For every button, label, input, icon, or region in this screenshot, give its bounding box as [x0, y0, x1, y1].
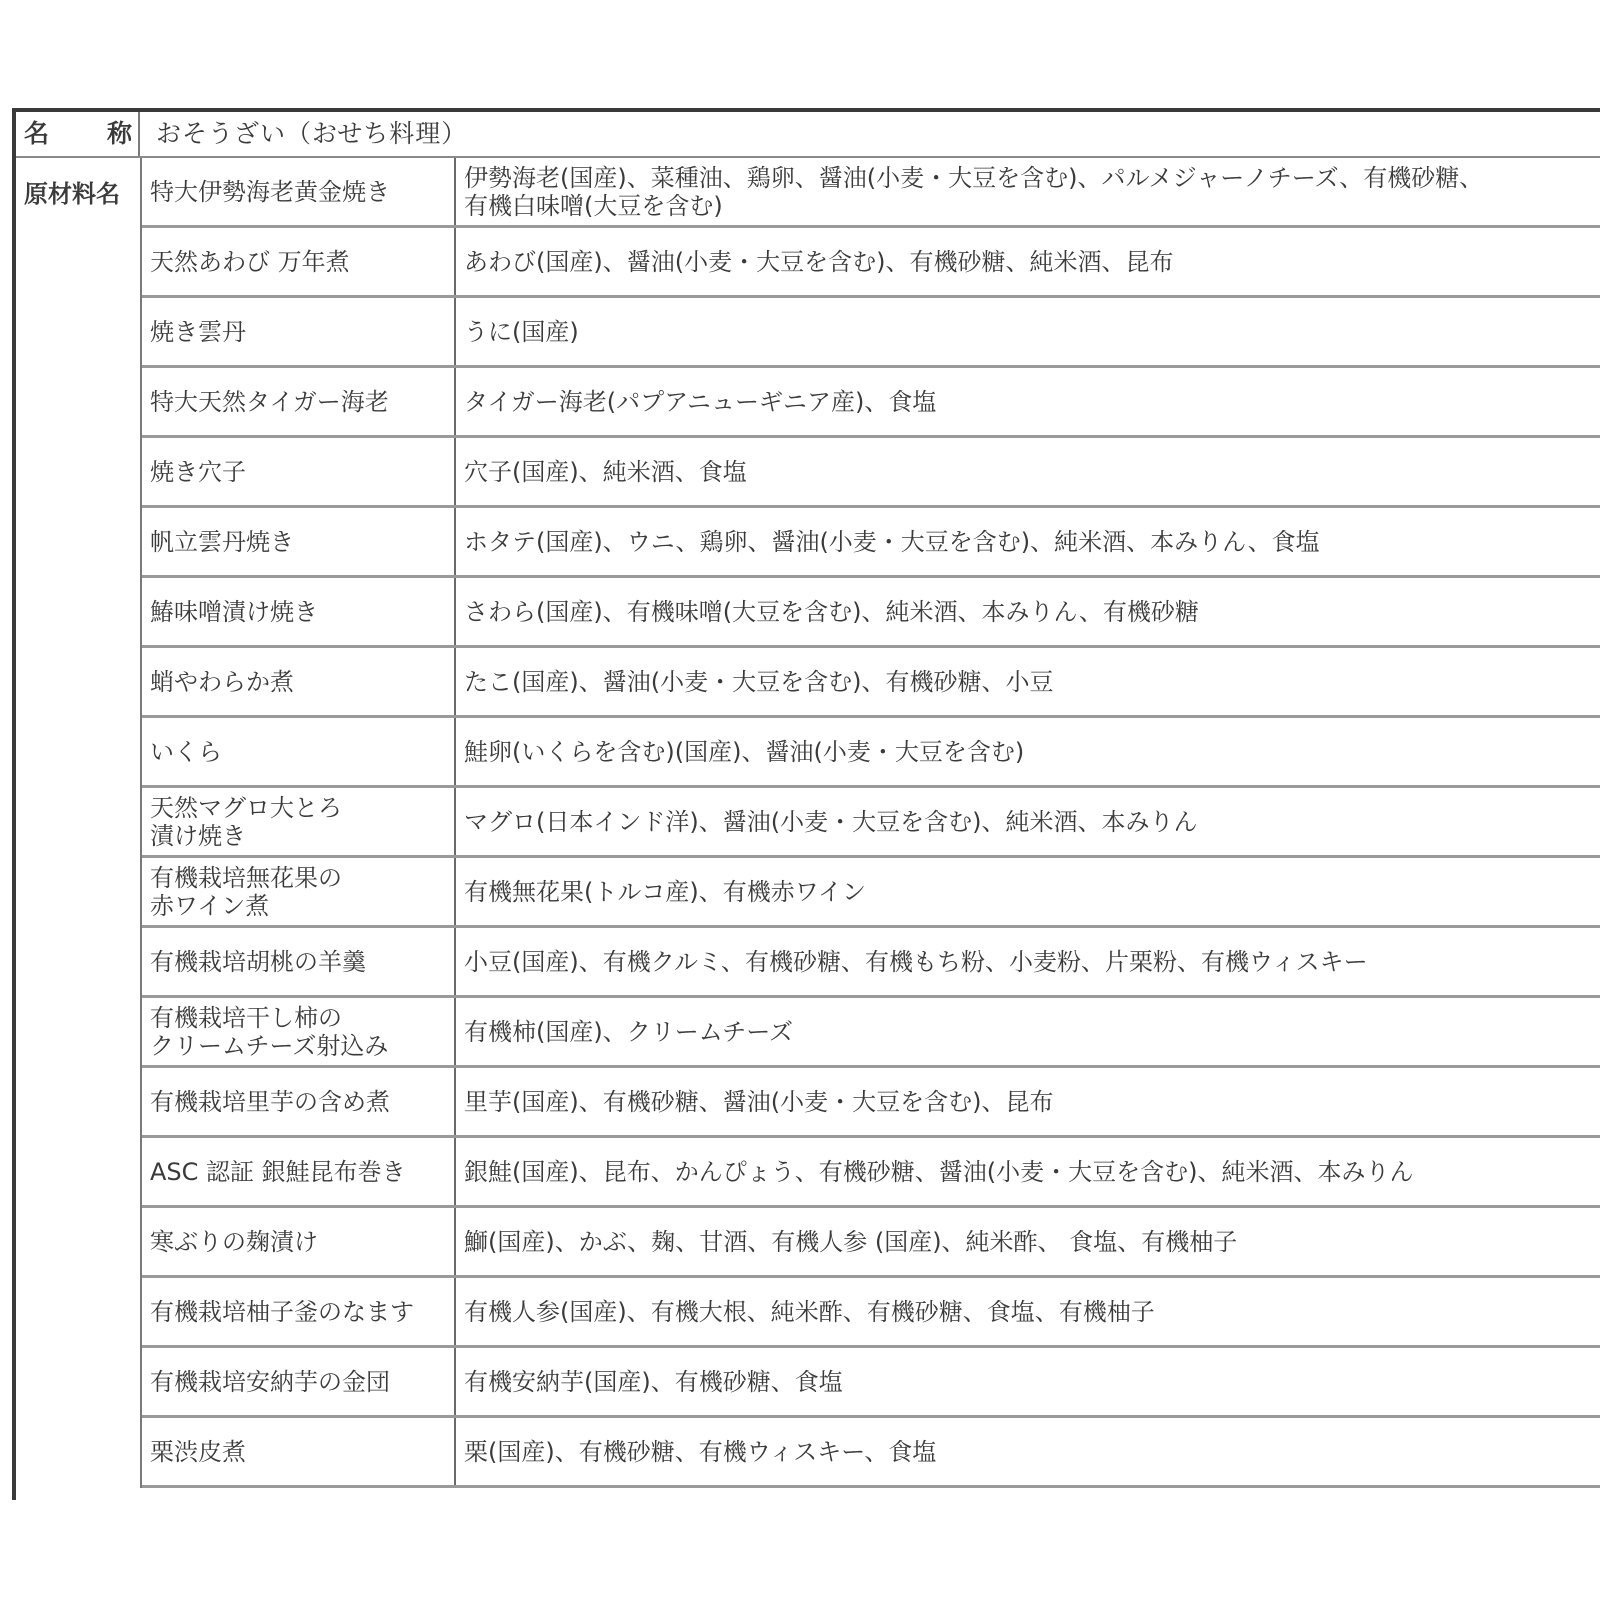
dish-name-cell: 栗渋皮煮 — [142, 1418, 456, 1485]
table-row: 有機栽培干し柿の クリームチーズ射込み有機柿(国産)、クリームチーズ — [142, 998, 1600, 1068]
ingredients-cell: ホタテ(国産)、ウニ、鶏卵、醤油(小麦・大豆を含む)、純米酒、本みりん、食塩 — [456, 508, 1600, 575]
ingredients-cell: 有機無花果(トルコ産)、有機赤ワイン — [456, 858, 1600, 925]
dish-name-cell: 鰆味噌漬け焼き — [142, 578, 456, 645]
ingredients-cell: 里芋(国産)、有機砂糖、醤油(小麦・大豆を含む)、昆布 — [456, 1068, 1600, 1135]
table-row: 帆立雲丹焼きホタテ(国産)、ウニ、鶏卵、醤油(小麦・大豆を含む)、純米酒、本みり… — [142, 508, 1600, 578]
dish-name-cell: 特大伊勢海老黄金焼き — [142, 158, 456, 225]
ingredients-cell: さわら(国産)、有機味噌(大豆を含む)、純米酒、本みりん、有機砂糖 — [456, 578, 1600, 645]
dish-name-cell: 焼き雲丹 — [142, 298, 456, 365]
dish-name-cell: いくら — [142, 718, 456, 785]
table-row: ASC 認証 銀鮭昆布巻き銀鮭(国産)、昆布、かんぴょう、有機砂糖、醤油(小麦・… — [142, 1138, 1600, 1208]
ingredients-table: 特大伊勢海老黄金焼き伊勢海老(国産)、菜種油、鶏卵、醤油(小麦・大豆を含む)、パ… — [140, 158, 1600, 1488]
dish-name-cell: 有機栽培里芋の含め煮 — [142, 1068, 456, 1135]
table-row: いくら鮭卵(いくらを含む)(国産)、醤油(小麦・大豆を含む) — [142, 718, 1600, 788]
ingredients-cell: うに(国産) — [456, 298, 1600, 365]
table-row: 寒ぶりの麹漬け鰤(国産)、かぶ、麹、甘酒、有機人参 (国産)、純米酢、 食塩、有… — [142, 1208, 1600, 1278]
ingredients-cell: 有機柿(国産)、クリームチーズ — [456, 998, 1600, 1065]
table-row: 焼き雲丹うに(国産) — [142, 298, 1600, 368]
table-row: 蛸やわらか煮たこ(国産)、醤油(小麦・大豆を含む)、有機砂糖、小豆 — [142, 648, 1600, 718]
dish-name-cell: 蛸やわらか煮 — [142, 648, 456, 715]
ingredients-cell: たこ(国産)、醤油(小麦・大豆を含む)、有機砂糖、小豆 — [456, 648, 1600, 715]
dish-name-cell: 焼き穴子 — [142, 438, 456, 505]
food-label-table: 名 称 おそうざい（おせち料理） 原材料名 特大伊勢海老黄金焼き伊勢海老(国産)… — [12, 108, 1600, 1500]
ingredients-cell: タイガー海老(パプアニューギニア産)、食塩 — [456, 368, 1600, 435]
dish-name-cell: 有機栽培柚子釜のなます — [142, 1278, 456, 1345]
table-row: 有機栽培柚子釜のなます有機人参(国産)、有機大根、純米酢、有機砂糖、食塩、有機柚… — [142, 1278, 1600, 1348]
table-row: 特大伊勢海老黄金焼き伊勢海老(国産)、菜種油、鶏卵、醤油(小麦・大豆を含む)、パ… — [142, 158, 1600, 228]
ingredients-cell: 鰤(国産)、かぶ、麹、甘酒、有機人参 (国産)、純米酢、 食塩、有機柚子 — [456, 1208, 1600, 1275]
dish-name-cell: 有機栽培無花果の 赤ワイン煮 — [142, 858, 456, 925]
table-row: 特大天然タイガー海老タイガー海老(パプアニューギニア産)、食塩 — [142, 368, 1600, 438]
dish-name-cell: 有機栽培胡桃の羊羹 — [142, 928, 456, 995]
table-row: 焼き穴子穴子(国産)、純米酒、食塩 — [142, 438, 1600, 508]
dish-name-cell: 天然あわび 万年煮 — [142, 228, 456, 295]
ingredients-cell: 有機人参(国産)、有機大根、純米酢、有機砂糖、食塩、有機柚子 — [456, 1278, 1600, 1345]
ingredients-cell: 銀鮭(国産)、昆布、かんぴょう、有機砂糖、醤油(小麦・大豆を含む)、純米酒、本み… — [456, 1138, 1600, 1205]
ingredients-cell: 有機安納芋(国産)、有機砂糖、食塩 — [456, 1348, 1600, 1415]
dish-name-cell: 天然マグロ大とろ 漬け焼き — [142, 788, 456, 855]
dish-name-cell: 特大天然タイガー海老 — [142, 368, 456, 435]
ingredients-cell: 栗(国産)、有機砂糖、有機ウィスキー、食塩 — [456, 1418, 1600, 1485]
table-row: 天然あわび 万年煮あわび(国産)、醤油(小麦・大豆を含む)、有機砂糖、純米酒、昆… — [142, 228, 1600, 298]
product-name-heading: 名 称 — [16, 112, 140, 156]
table-row: 栗渋皮煮栗(国産)、有機砂糖、有機ウィスキー、食塩 — [142, 1418, 1600, 1488]
dish-name-cell: 寒ぶりの麹漬け — [142, 1208, 456, 1275]
ingredients-cell: 穴子(国産)、純米酒、食塩 — [456, 438, 1600, 505]
ingredients-cell: 小豆(国産)、有機クルミ、有機砂糖、有機もち粉、小麦粉、片栗粉、有機ウィスキー — [456, 928, 1600, 995]
table-row: 有機栽培胡桃の羊羹小豆(国産)、有機クルミ、有機砂糖、有機もち粉、小麦粉、片栗粉… — [142, 928, 1600, 998]
table-row: 鰆味噌漬け焼きさわら(国産)、有機味噌(大豆を含む)、純米酒、本みりん、有機砂糖 — [142, 578, 1600, 648]
table-row: 有機栽培無花果の 赤ワイン煮有機無花果(トルコ産)、有機赤ワイン — [142, 858, 1600, 928]
product-name-value: おそうざい（おせち料理） — [156, 112, 467, 156]
dish-name-cell: 有機栽培安納芋の金団 — [142, 1348, 456, 1415]
dish-name-cell: 帆立雲丹焼き — [142, 508, 456, 575]
product-name-row: 名 称 おそうざい（おせち料理） — [16, 112, 1600, 158]
heading-char: 称 — [107, 112, 132, 156]
ingredients-cell: 伊勢海老(国産)、菜種油、鶏卵、醤油(小麦・大豆を含む)、パルメジャーノチーズ、… — [456, 158, 1600, 225]
dish-name-cell: 有機栽培干し柿の クリームチーズ射込み — [142, 998, 456, 1065]
ingredients-cell: 鮭卵(いくらを含む)(国産)、醤油(小麦・大豆を含む) — [456, 718, 1600, 785]
ingredients-cell: マグロ(日本インド洋)、醤油(小麦・大豆を含む)、純米酒、本みりん — [456, 788, 1600, 855]
ingredients-cell: あわび(国産)、醤油(小麦・大豆を含む)、有機砂糖、純米酒、昆布 — [456, 228, 1600, 295]
table-row: 有機栽培里芋の含め煮里芋(国産)、有機砂糖、醤油(小麦・大豆を含む)、昆布 — [142, 1068, 1600, 1138]
table-row: 天然マグロ大とろ 漬け焼きマグロ(日本インド洋)、醤油(小麦・大豆を含む)、純米… — [142, 788, 1600, 858]
table-row: 有機栽培安納芋の金団有機安納芋(国産)、有機砂糖、食塩 — [142, 1348, 1600, 1418]
ingredients-heading: 原材料名 — [16, 158, 148, 209]
heading-char: 名 — [24, 112, 49, 156]
dish-name-cell: ASC 認証 銀鮭昆布巻き — [142, 1138, 456, 1205]
